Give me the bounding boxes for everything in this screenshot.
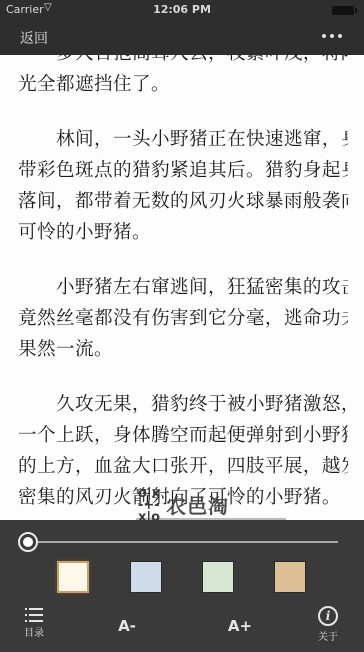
nav-bar: 返回 [0, 20, 364, 55]
slider-knob[interactable] [18, 532, 38, 552]
settings-panel: 目录 A- A+ i 关于 [0, 520, 364, 652]
chapter-content: 多人合抱高耸入云，枝繁叶茂，将阳 光全都遮挡住了。 林间，一头小野猪正在快速逃窜… [18, 38, 348, 513]
text-line: 久攻无果，猎豹终于被小野猪激怒， [18, 389, 348, 420]
catalog-button[interactable]: 目录 [4, 600, 64, 652]
info-icon: i [318, 606, 338, 626]
text-line: 小野猪左右窜逃间，狂猛密集的攻击 [18, 272, 348, 303]
back-button[interactable]: 返回 [20, 28, 48, 48]
text-line: 果然一流。 [18, 334, 348, 365]
list-icon [25, 606, 43, 622]
text-line: 光全都遮挡住了。 [18, 69, 348, 100]
text-line: 竟然丝毫都没有伤害到它分毫，逃命功夫 [18, 303, 348, 334]
slider-track[interactable] [28, 541, 338, 543]
catalog-label: 目录 [4, 624, 64, 639]
theme-swatch-green[interactable] [202, 561, 234, 593]
more-dots-icon [330, 34, 334, 38]
theme-swatch-blue[interactable] [130, 561, 162, 593]
font-increase-button[interactable]: A+ [210, 600, 270, 652]
watermark-text: 农邑淘 [166, 490, 229, 519]
text-line: 落间，都带着无数的风刃火球暴雨般袭向 [18, 186, 348, 217]
more-dots-icon [322, 34, 326, 38]
theme-swatch-tan[interactable] [274, 561, 306, 593]
text-line: 带彩色斑点的猎豹紧追其后。猎豹身起身 [18, 155, 348, 186]
text-line: 一个上跃，身体腾空而起便弹射到小野猪 [18, 420, 348, 451]
text-line: 林间，一头小野猪正在快速逃窜，身 [18, 124, 348, 155]
clock: 12:06 PM [0, 3, 364, 16]
more-dots-icon [338, 34, 342, 38]
reader-page: 多人合抱高耸入云，枝繁叶茂，将阳 光全都遮挡住了。 林间，一头小野猪正在快速逃窜… [0, 0, 364, 652]
text-line: 可怜的小野猪。 [18, 217, 348, 248]
more-button[interactable] [322, 28, 342, 44]
status-bar: Carrier ▽ 12:06 PM [0, 0, 364, 20]
battery-icon [332, 6, 354, 15]
theme-swatches [0, 561, 364, 595]
about-button[interactable]: i 关于 [298, 600, 358, 652]
theme-swatch-cream[interactable] [57, 561, 89, 593]
text-line: 的上方，血盆大口张开，四肢平展，越发 [18, 451, 348, 482]
font-decrease-button[interactable]: A- [97, 600, 157, 652]
progress-slider[interactable] [14, 531, 340, 553]
bottom-toolbar: 目录 A- A+ i 关于 [0, 600, 364, 652]
about-label: 关于 [298, 628, 358, 643]
